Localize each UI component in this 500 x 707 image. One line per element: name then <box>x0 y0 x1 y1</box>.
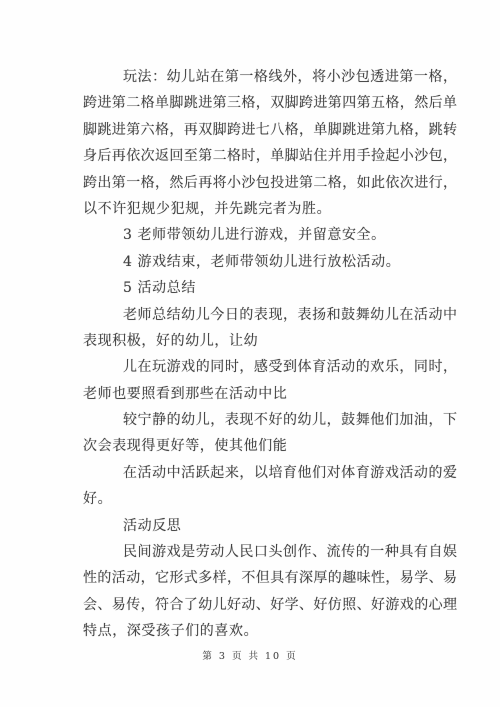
text-line: 4 游戏结束，老师带领幼儿进行放松活动。 <box>83 249 457 275</box>
text-line: 3 老师带领幼儿进行游戏，并留意安全。 <box>83 222 457 248</box>
text-line: 老师也要照看到那些在活动中比 <box>83 381 457 407</box>
page-footer: 第 3 页 共 10 页 <box>0 648 500 662</box>
text-line: 活动反思 <box>83 513 457 539</box>
text-line: 性的活动，它形式多样，不但具有深厚的趣味性，易学、易 <box>83 565 457 591</box>
text-line: 民间游戏是劳动人民口头创作、流传的一种具有自娱 <box>83 539 457 565</box>
text-line: 老师总结幼儿今日的表现，表扬和鼓舞幼儿在活动中 <box>83 302 457 328</box>
text-line: 以不许犯规少犯规，并先跳完者为胜。 <box>83 196 457 222</box>
text-line: 儿在玩游戏的同时，感受到体育活动的欢乐，同时， <box>83 354 457 380</box>
document-page: 玩法：幼儿站在第一格线外，将小沙包透进第一格，跨进第二格单脚跳进第三格，双脚跨进… <box>0 0 500 707</box>
text-line: 5 活动总结 <box>83 275 457 301</box>
text-line: 跨进第二格单脚跳进第三格，双脚跨进第四第五格，然后单 <box>83 90 457 116</box>
text-line: 表现积极，好的幼儿，让幼 <box>83 328 457 354</box>
text-line: 身后再依次返回至第二格时，单脚站住并用手捡起小沙包， <box>83 143 457 169</box>
document-body: 玩法：幼儿站在第一格线外，将小沙包透进第一格，跨进第二格单脚跳进第三格，双脚跨进… <box>83 64 457 645</box>
text-line: 好。 <box>83 486 457 512</box>
page-number-label: 第 3 页 共 10 页 <box>202 651 297 662</box>
text-line: 脚跳进第六格，再双脚跨进七八格，单脚跳进第九格，跳转 <box>83 117 457 143</box>
text-line: 在活动中活跃起来，以培育他们对体育游戏活动的爱 <box>83 460 457 486</box>
text-line: 会、易传，符合了幼儿好动、好学、好仿照、好游戏的心理 <box>83 592 457 618</box>
text-line: 特点，深受孩子们的喜欢。 <box>83 618 457 644</box>
text-line: 跨出第一格，然后再将小沙包投进第二格，如此依次进行， <box>83 170 457 196</box>
text-line: 较宁静的幼儿，表现不好的幼儿，鼓舞他们加油，下 <box>83 407 457 433</box>
text-line: 玩法：幼儿站在第一格线外，将小沙包透进第一格， <box>83 64 457 90</box>
text-line: 次会表现得更好等，使其他们能 <box>83 433 457 459</box>
